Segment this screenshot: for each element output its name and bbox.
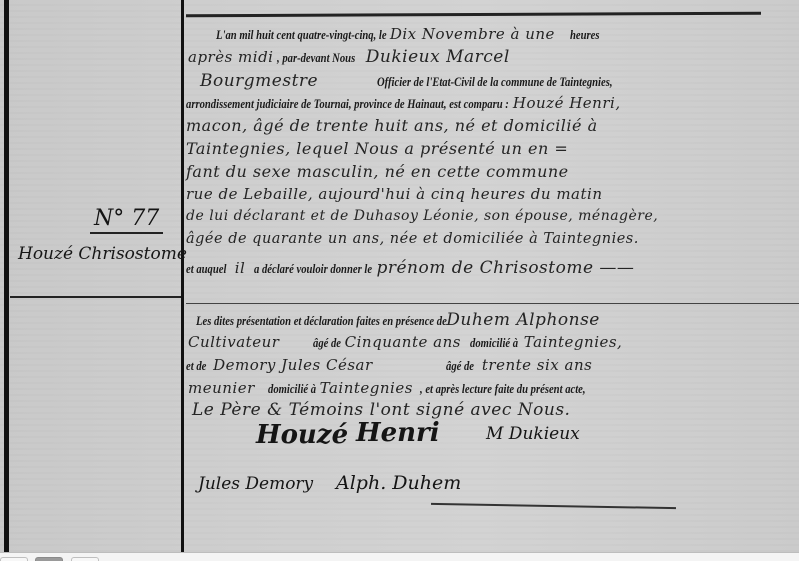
signature-jules-demory: Jules Demory <box>198 474 313 494</box>
witness-line-1: Les dites présentation et déclaration fa… <box>196 310 600 330</box>
margin-child-name: Houzé Chrisostome <box>18 244 187 264</box>
record-body: L'an mil huit cent quatre-vingt-cinq, le… <box>186 0 799 552</box>
left-border-line <box>4 0 9 552</box>
signature-alph-duhem: Alph. Duhem <box>336 472 461 494</box>
record-line-7: fant du sexe masculin, né en cette commu… <box>186 162 569 181</box>
record-line-6: Taintegnies, lequel Nous a présenté un e… <box>186 139 568 158</box>
witness-line-5: Le Père & Témoins l'ont signé avec Nous. <box>192 400 570 420</box>
record-line-1: L'an mil huit cent quatre-vingt-cinq, le… <box>216 25 605 43</box>
signature-underline <box>431 503 676 509</box>
document-scan: N° 77 Houzé Chrisostome L'an mil huit ce… <box>0 0 799 552</box>
witness-line-2: Cultivateur âgé de Cinquante ans domicil… <box>188 333 622 351</box>
signature-mayor: M Dukieux <box>486 424 580 444</box>
toolbar-button-3[interactable] <box>71 557 99 561</box>
margin-column: N° 77 Houzé Chrisostome <box>10 0 182 552</box>
record-line-8: rue de Lebaille, aujourd'hui à cinq heur… <box>186 185 602 203</box>
record-line-9: de lui déclarant et de Duhasoy Léonie, s… <box>186 208 658 224</box>
record-line-5: macon, âgé de trente huit ans, né et dom… <box>186 116 598 135</box>
witness-line-4: meunier domicilié à Taintegnies , et apr… <box>188 379 615 397</box>
witness-line-3: et de Demory Jules César âgé de trente s… <box>186 356 592 374</box>
record-line-3: Bourgmestre Officier de l'Etat-Civil de … <box>200 71 654 91</box>
toolbar-button-2[interactable] <box>35 557 63 561</box>
record-line-2: après midi , par-devant Nous Dukieux Mar… <box>188 47 510 67</box>
viewer-toolbar <box>0 552 799 561</box>
record-number: N° 77 <box>90 206 163 234</box>
signature-houze: Houzé <box>256 420 348 450</box>
record-line-10: âgée de quarante un ans, née et domicili… <box>186 231 639 247</box>
signature-henri: Henri <box>356 418 440 448</box>
toolbar-button-1[interactable] <box>0 557 28 561</box>
record-line-4: arrondissement judiciaire de Tournai, pr… <box>186 94 621 112</box>
record-line-11: et auquel il a déclaré vouloir donner le… <box>186 258 634 278</box>
